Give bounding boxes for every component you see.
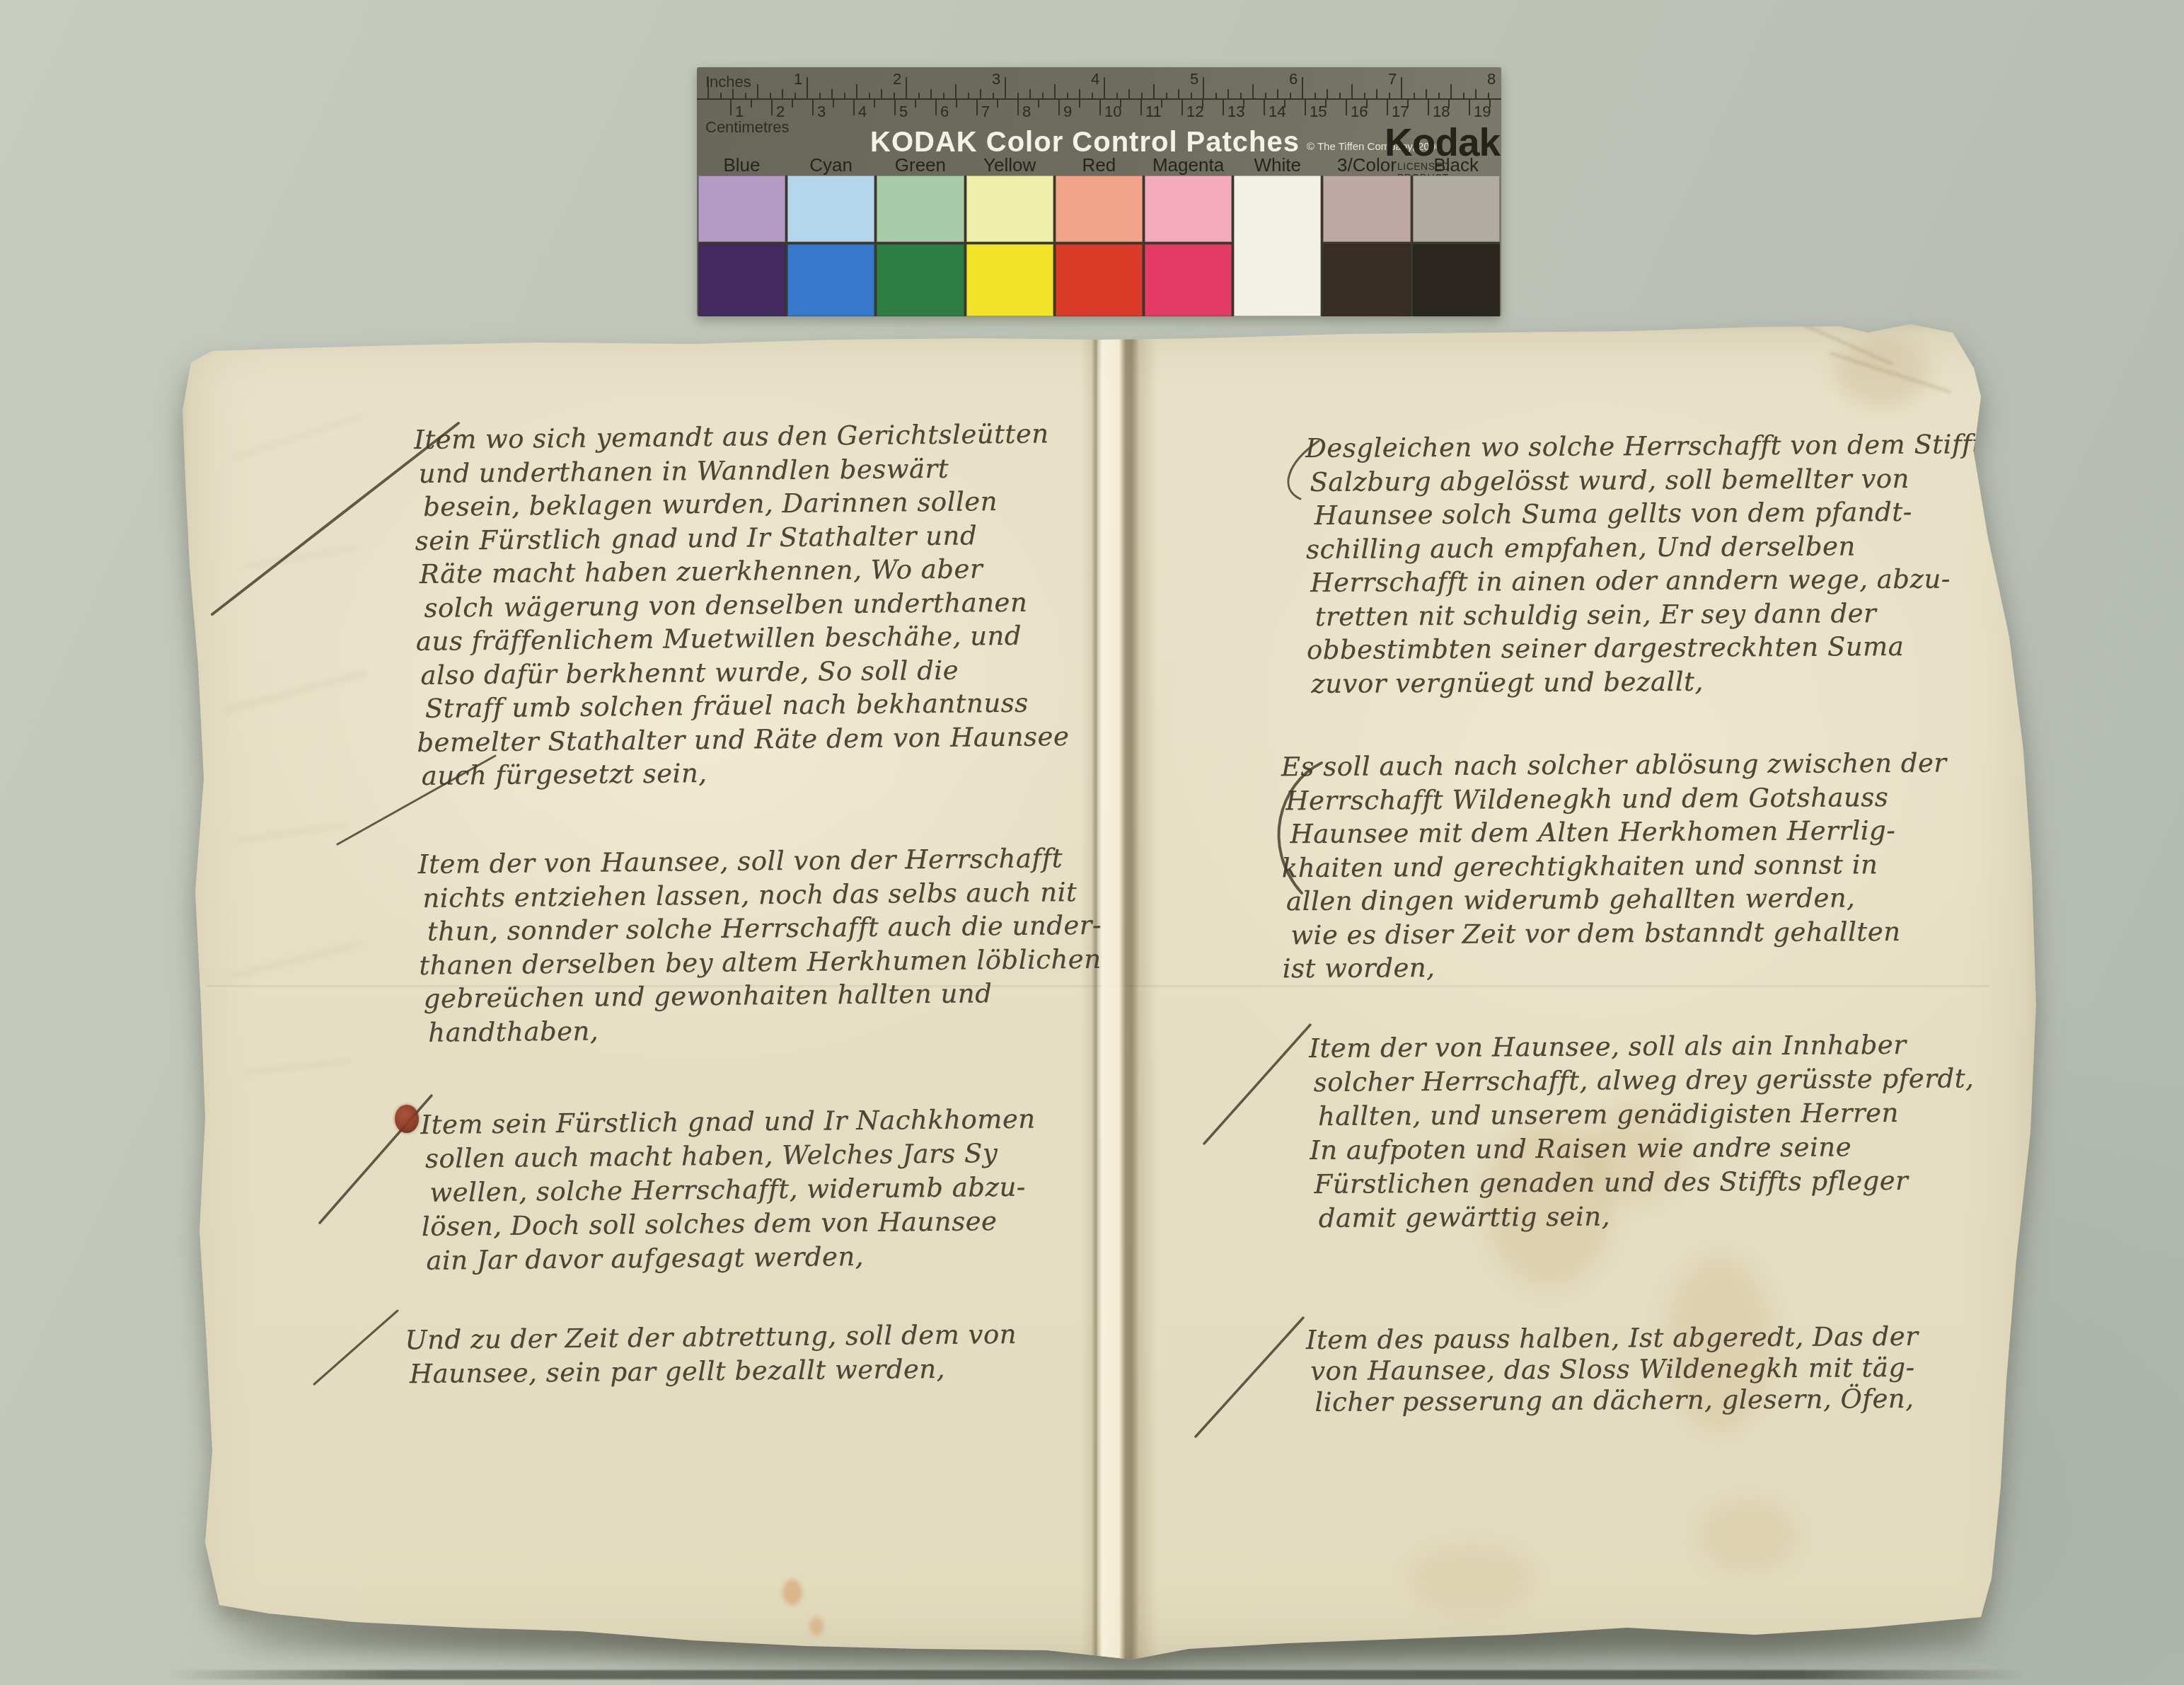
inch-tick xyxy=(844,93,845,98)
half-cm-tick xyxy=(833,100,834,108)
inch-number: 5 xyxy=(1190,70,1198,88)
manuscript-line: khaiten und gerechtigkhaiten und sonnst … xyxy=(1282,849,1948,886)
cm-number: 16 xyxy=(1351,103,1368,121)
half-cm-tick xyxy=(915,100,916,108)
cm-tick xyxy=(771,100,773,115)
manuscript-paragraph: Desgleichen wo solche Herrschafft von de… xyxy=(1305,429,1984,702)
right-page-text: Desgleichen wo solche Herrschafft von de… xyxy=(178,318,2048,1670)
inch-tick xyxy=(1438,93,1440,98)
inch-tick xyxy=(1203,77,1204,98)
inch-tick xyxy=(1401,77,1402,98)
patch-Magenta-pastel xyxy=(1145,176,1232,242)
cm-number: 14 xyxy=(1269,103,1285,121)
manuscript-line: Herrschafft Wildenegkh und dem Gotshauss xyxy=(1285,781,1947,819)
manuscript-line: von Haunsee, das Sloss Wildenegkh mit tä… xyxy=(1310,1352,1919,1387)
inches-label: Inches xyxy=(705,73,751,91)
inch-tick xyxy=(1290,93,1291,98)
patch-Black-pastel xyxy=(1413,176,1500,242)
manuscript-paragraph: Item der von Haunsee, soll als ain Innha… xyxy=(1309,1029,1975,1237)
inch-tick xyxy=(720,93,722,98)
inch-tick xyxy=(707,77,709,98)
inch-tick xyxy=(869,93,870,98)
inch-number: 2 xyxy=(893,70,901,88)
cm-tick xyxy=(1058,100,1060,115)
inch-tick xyxy=(1339,93,1341,98)
half-cm-tick xyxy=(1079,100,1080,108)
patch-Black-saturated xyxy=(1413,244,1500,316)
manuscript-paragraph: Es soll auch nach solcher ablösung zwisc… xyxy=(1281,747,1948,987)
patch-label: Magenta xyxy=(1145,154,1232,176)
half-cm-tick xyxy=(1038,100,1039,108)
inch-tick xyxy=(993,93,994,98)
inch-number: 6 xyxy=(1289,70,1298,88)
inch-tick xyxy=(770,93,771,98)
manuscript-line: tretten nit schuldig sein, Er sey dann d… xyxy=(1315,597,1984,635)
manuscript-line: damit gewärttig sein, xyxy=(1319,1199,1975,1237)
patch-Magenta-saturated xyxy=(1145,244,1232,316)
manuscript-paper: Item wo sich yemandt aus den Gerichtsleü… xyxy=(178,322,2040,1663)
inch-tick xyxy=(782,89,783,98)
manuscript-line: hallten, und unserem genädigisten Herren xyxy=(1318,1097,1975,1135)
patch-Green-saturated xyxy=(877,244,964,316)
cm-tick xyxy=(1099,100,1101,115)
cm-tick xyxy=(1346,100,1347,115)
half-cm-tick xyxy=(751,100,752,108)
inch-tick xyxy=(1463,93,1464,98)
half-cm-tick xyxy=(956,100,957,108)
patch-label: Red xyxy=(1056,154,1143,176)
manuscript-line: Desgleichen wo solche Herrschafft von de… xyxy=(1305,429,1983,466)
cm-tick xyxy=(1387,100,1388,115)
manuscript-line: Es soll auch nach solcher ablösung zwisc… xyxy=(1281,747,1947,785)
inch-number: 1 xyxy=(794,70,802,88)
inch-tick xyxy=(1414,93,1415,98)
table-edge-shadow xyxy=(170,1670,2023,1679)
cm-tick xyxy=(730,100,732,115)
cm-tick xyxy=(976,100,978,115)
inch-tick xyxy=(819,93,821,98)
patch-label: 3/Color xyxy=(1323,154,1410,176)
patch-Cyan-pastel xyxy=(787,176,874,242)
inch-tick xyxy=(1153,84,1155,98)
inch-tick xyxy=(1475,89,1477,98)
inch-number: 3 xyxy=(992,70,1000,88)
inch-tick xyxy=(745,93,746,98)
patch-name-row: BlueCyanGreenYellowRedMagentaWhite3/Colo… xyxy=(698,154,1500,174)
patch-3/Color-saturated xyxy=(1323,244,1410,316)
manuscript-line: Fürstlichen genaden und des Stiffts pfle… xyxy=(1314,1165,1975,1203)
cm-number: 5 xyxy=(899,103,908,121)
inch-tick xyxy=(980,89,981,98)
cm-tick xyxy=(1140,100,1142,115)
inch-tick xyxy=(1265,93,1266,98)
patch-Blue-saturated xyxy=(698,244,785,316)
inch-tick xyxy=(1128,89,1130,98)
inch-tick xyxy=(856,84,857,98)
inch-tick xyxy=(732,89,734,98)
inch-tick xyxy=(1351,84,1353,98)
inch-tick xyxy=(1067,93,1068,98)
inch-tick xyxy=(1029,89,1031,98)
inch-tick xyxy=(1215,93,1217,98)
cm-tick xyxy=(935,100,937,115)
patch-label: Green xyxy=(877,154,964,176)
inch-number: 7 xyxy=(1388,70,1397,88)
photo-stage: Inches 12345678 123456789101112131415161… xyxy=(0,0,2184,1685)
inch-tick xyxy=(1450,84,1452,98)
cm-number: 15 xyxy=(1310,103,1327,121)
inch-tick xyxy=(881,89,882,98)
manuscript-line: zuvor vergnüegt und bezallt, xyxy=(1311,665,1984,702)
inch-tick xyxy=(1302,77,1303,98)
cm-number: 11 xyxy=(1145,103,1162,121)
cm-tick xyxy=(1017,100,1019,115)
manuscript-spread: Item wo sich yemandt aus den Gerichtsleü… xyxy=(178,322,2040,1663)
patch-Yellow-saturated xyxy=(966,244,1053,316)
inch-tick xyxy=(1141,93,1143,98)
cm-tick xyxy=(1223,100,1224,115)
cm-tick xyxy=(1264,100,1265,115)
inch-tick xyxy=(1252,84,1254,98)
manuscript-line: schilling auch empfahen, Und derselben xyxy=(1306,530,1984,568)
patch-label: Cyan xyxy=(787,154,874,176)
manuscript-line: wie es diser Zeit vor dem bstanndt gehal… xyxy=(1290,916,1948,953)
cm-number: 9 xyxy=(1063,103,1072,121)
manuscript-line: obbestimbten seiner dargestreckhten Suma xyxy=(1307,631,1984,668)
manuscript-line: Herrschafft in ainen oder anndern wege, … xyxy=(1310,563,1984,601)
inch-tick xyxy=(831,89,833,98)
inch-tick xyxy=(1315,93,1316,98)
manuscript-line: solcher Herrschafft, alweg drey gerüsste… xyxy=(1313,1063,1974,1101)
cm-number: 18 xyxy=(1433,103,1450,121)
patch-3/Color-pastel xyxy=(1323,176,1410,242)
inch-tick xyxy=(1191,93,1192,98)
cm-number: 4 xyxy=(858,103,867,121)
inch-tick xyxy=(1364,93,1365,98)
cm-tick xyxy=(1181,100,1183,115)
inch-tick xyxy=(1488,93,1489,98)
color-patch-grid xyxy=(698,176,1500,316)
manuscript-line: ist worden, xyxy=(1282,949,1948,987)
cm-tick xyxy=(853,100,855,115)
manuscript-line: Item des pauss halben, Ist abgeredt, Das… xyxy=(1306,1321,1919,1356)
patch-White xyxy=(1234,176,1321,316)
inch-tick xyxy=(757,84,758,98)
cm-number: 7 xyxy=(981,103,990,121)
inch-tick xyxy=(894,93,895,98)
inch-tick xyxy=(1166,93,1167,98)
inch-tick xyxy=(807,77,808,98)
patch-label: White xyxy=(1234,154,1321,176)
cm-tick xyxy=(1305,100,1306,115)
inch-tick xyxy=(1092,93,1093,98)
cm-tick xyxy=(894,100,896,115)
cm-number: 8 xyxy=(1022,103,1031,121)
manuscript-line: Haunsee solch Suma gellts von dem pfandt… xyxy=(1315,496,1984,534)
half-cm-tick xyxy=(997,100,998,108)
inch-tick xyxy=(1389,93,1390,98)
inch-tick xyxy=(1079,89,1080,98)
inch-tick xyxy=(1017,93,1019,98)
inch-tick xyxy=(930,89,932,98)
inch-tick xyxy=(1054,84,1056,98)
cm-number: 6 xyxy=(940,103,949,121)
inch-tick xyxy=(795,93,796,98)
manuscript-paragraph: Item des pauss halben, Ist abgeredt, Das… xyxy=(1306,1321,1919,1418)
manuscript-line: In aufpoten und Raisen wie andre seine xyxy=(1310,1131,1975,1169)
inch-tick xyxy=(1042,93,1044,98)
patch-label: Yellow xyxy=(966,154,1053,176)
patch-Cyan-saturated xyxy=(787,244,874,316)
patch-Yellow-pastel xyxy=(966,176,1053,242)
cm-number: 12 xyxy=(1186,103,1203,121)
cm-tick xyxy=(1428,100,1429,115)
patch-Green-pastel xyxy=(877,176,964,242)
inch-number: 4 xyxy=(1091,70,1099,88)
patch-Blue-pastel xyxy=(698,176,785,242)
cm-number: 13 xyxy=(1227,103,1244,121)
manuscript-line: Haunsee mit dem Alten Herkhomen Herrlig- xyxy=(1290,815,1947,852)
patch-label: Black xyxy=(1413,154,1500,176)
inch-tick xyxy=(1227,89,1229,98)
manuscript-line: Salzburg abgelösst wurd, soll bemellter … xyxy=(1310,463,1983,500)
cm-tick xyxy=(812,100,814,115)
inch-tick xyxy=(1376,89,1377,98)
inch-tick xyxy=(1005,77,1006,98)
inch-tick xyxy=(1240,93,1242,98)
half-cm-tick xyxy=(874,100,875,108)
inch-tick xyxy=(1116,93,1118,98)
inch-tick xyxy=(1327,89,1328,98)
inch-tick xyxy=(943,93,944,98)
cm-number: 19 xyxy=(1474,103,1491,121)
inch-tick xyxy=(918,93,920,98)
inch-tick xyxy=(906,77,907,98)
cm-number: 10 xyxy=(1104,103,1121,121)
patch-label: Blue xyxy=(698,154,785,176)
inch-tick xyxy=(1104,77,1105,98)
manuscript-line: Item der von Haunsee, soll als ain Innha… xyxy=(1309,1029,1974,1067)
inch-tick xyxy=(968,93,969,98)
cm-tick xyxy=(1469,100,1470,115)
kodak-color-bar: Inches 12345678 123456789101112131415161… xyxy=(697,67,1501,316)
manuscript-line: allen dingen widerumb gehallten werden, xyxy=(1286,882,1948,919)
half-cm-tick xyxy=(792,100,793,108)
inch-tick xyxy=(1178,89,1179,98)
inch-tick xyxy=(955,84,957,98)
patch-Red-pastel xyxy=(1056,176,1143,242)
cm-number: 3 xyxy=(817,103,826,121)
inch-tick xyxy=(1426,89,1427,98)
inch-number: 8 xyxy=(1487,70,1496,88)
cm-number: 17 xyxy=(1392,103,1409,121)
manuscript-line: licher pesserung an dächern, glesern, Öf… xyxy=(1315,1384,1919,1418)
patch-Red-saturated xyxy=(1056,244,1143,316)
inch-tick xyxy=(1277,89,1278,98)
centimetres-label: Centimetres xyxy=(705,118,790,137)
